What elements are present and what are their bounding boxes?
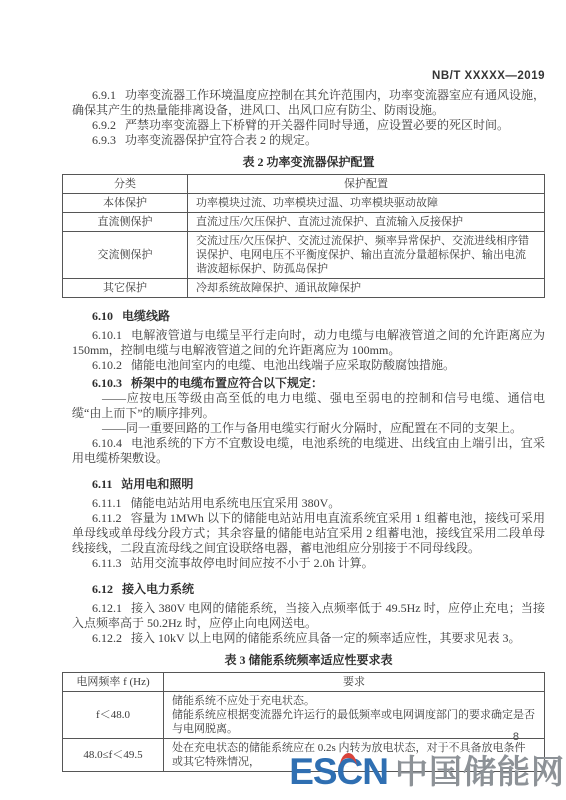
table-header-frequency: 电网频率 f (Hz) (63, 673, 164, 692)
clause-text: 桥架中的电缆布置应符合以下规定： (131, 376, 323, 390)
dash-item-2: ——同一重要回路的工作与备用电缆实行耐火分隔时，应配置在不同的支架上。 (72, 421, 545, 436)
clause-number: 6.9.3 (92, 133, 125, 147)
section-title: 电缆线路 (122, 309, 170, 323)
table-row: 本体保护 功率模块过流、功率模块过温、功率模块驱动故障 (63, 194, 545, 213)
requirement-line: 储能系统应根据变流器允许运行的最低频率或电网调度部门的要求确定是否与电网脱离。 (172, 708, 536, 736)
table-row: 电网频率 f (Hz) 要求 (63, 673, 545, 692)
section-heading-6-10: 6.10电缆线路 (72, 309, 545, 324)
table-3-title: 表 3 储能系统频率适应性要求表 (72, 653, 545, 668)
clause-number: 6.11.2 (92, 511, 131, 525)
clause-text: 储能电站站用电系统电压宜采用 380V。 (131, 496, 341, 510)
table-cell-category: 直流侧保护 (63, 213, 188, 232)
clause-text: 接入 380V 电网的储能系统，当接入点频率低于 49.5Hz 时，应停止充电；… (72, 601, 545, 630)
table-cell-config: 交流过压/欠压保护、交流过流保护、频率异常保护、交流进线相序错误保护、电网电压不… (188, 232, 545, 279)
clause-text: 电解液管道与电缆呈平行走向时，动力电缆与电解液管道之间的允许距离应为 150mm… (72, 328, 545, 357)
escn-watermark-logo: ESCN 中国储能网 (289, 752, 565, 792)
table-row: f＜48.0 储能系统不应处于充电状态。 储能系统应根据变流器允许运行的最低频率… (63, 692, 545, 739)
section-title: 接入电力系统 (122, 582, 194, 596)
table-2-title: 表 2 功率变流器保护配置 (72, 155, 545, 170)
clause-number: 6.12.2 (92, 631, 131, 645)
table-cell-requirement: 储能系统不应处于充电状态。 储能系统应根据变流器允许运行的最低频率或电网调度部门… (164, 692, 545, 739)
clause-number: 6.9.2 (92, 118, 125, 132)
table-row: 直流侧保护 直流过压/欠压保护、直流过流保护、直流输入反接保护 (63, 213, 545, 232)
clause-text: 严禁功率变流器上下桥臂的开关器件同时导通，应设置必要的死区时间。 (125, 118, 509, 132)
clause-text: 储能电池间室内的电缆、电池出线端子应采取防酸腐蚀措施。 (131, 358, 455, 372)
clause-6-11-3: 6.11.3站用交流事故停电时间应按不小于 2.0h 计算。 (72, 556, 545, 571)
table-2: 分类 保护配置 本体保护 功率模块过流、功率模块过温、功率模块驱动故障 直流侧保… (62, 174, 545, 298)
table-header-category: 分类 (63, 175, 188, 194)
clause-number: 6.10.3 (92, 376, 131, 390)
clause-text: 功率变流器工作环境温度应控制在其允许范围内，功率变流器室应有通风设施，确保其产生… (72, 88, 545, 117)
clause-6-9-1: 6.9.1功率变流器工作环境温度应控制在其允许范围内，功率变流器室应有通风设施，… (72, 88, 545, 118)
table-cell-config: 直流过压/欠压保护、直流过流保护、直流输入反接保护 (188, 213, 545, 232)
clause-6-10-4: 6.10.4电池系统的下方不宜敷设电缆，电池系统的电缆进、出线宜由上端引出，宜采… (72, 436, 545, 466)
clause-number: 6.10.1 (92, 328, 131, 342)
clause-6-10-1: 6.10.1电解液管道与电缆呈平行走向时，动力电缆与电解液管道之间的允许距离应为… (72, 328, 545, 358)
escn-chinese-name: 中国储能网 (395, 752, 565, 792)
clause-number: 6.10.2 (92, 358, 131, 372)
requirement-line: 储能系统不应处于充电状态。 (172, 694, 536, 708)
clause-6-11-2: 6.11.2容量为 1MWh 以下的储能电站站用电直流系统宜采用 1 组蓄电池，… (72, 511, 545, 556)
clause-number: 6.11.1 (92, 496, 131, 510)
table-cell-category: 本体保护 (63, 194, 188, 213)
page-number: 8 (513, 731, 519, 743)
dash-item-1: ——应按电压等级由高至低的电力电缆、强电至弱电的控制和信号电缆、通信电缆“由上而… (72, 391, 545, 421)
clause-6-12-1: 6.12.1接入 380V 电网的储能系统，当接入点频率低于 49.5Hz 时，… (72, 601, 545, 631)
document-page: NB/T XXXXX—2019 6.9.1功率变流器工作环境温度应控制在其允许范… (0, 0, 566, 800)
clause-number: 6.11.3 (92, 556, 131, 570)
section-heading-6-12: 6.12接入电力系统 (72, 582, 545, 597)
table-header-requirement: 要求 (164, 673, 545, 692)
table-row: 分类 保护配置 (63, 175, 545, 194)
clause-number: 6.10.4 (92, 436, 131, 450)
table-cell-frequency: f＜48.0 (63, 692, 164, 739)
table-cell-category: 交流侧保护 (63, 232, 188, 279)
escn-letters: ESCN (289, 751, 388, 792)
table-row: 其它保护 冷却系统故障保护、通讯故障保护 (63, 279, 545, 298)
clause-text: 站用交流事故停电时间应按不小于 2.0h 计算。 (131, 556, 374, 570)
table-cell-config: 冷却系统故障保护、通讯故障保护 (188, 279, 545, 298)
table-cell-category: 其它保护 (63, 279, 188, 298)
content-area: 6.9.1功率变流器工作环境温度应控制在其允许范围内，功率变流器室应有通风设施，… (72, 88, 545, 774)
section-number: 6.10 (92, 309, 122, 323)
table-cell-frequency: 48.0≤f＜49.5 (63, 739, 164, 772)
clause-6-11-1: 6.11.1储能电站站用电系统电压宜采用 380V。 (72, 496, 545, 511)
clause-text: 功率变流器保护宜符合表 2 的规定。 (125, 133, 317, 147)
table-cell-config: 功率模块过流、功率模块过温、功率模块驱动故障 (188, 194, 545, 213)
clause-text: 接入 10kV 以上电网的储能系统应具备一定的频率适应性，其要求见表 3。 (131, 631, 520, 645)
clause-6-10-3: 6.10.3桥架中的电缆布置应符合以下规定： (72, 376, 545, 391)
table-row: 交流侧保护 交流过压/欠压保护、交流过流保护、频率异常保护、交流进线相序错误保护… (63, 232, 545, 279)
clause-6-10-2: 6.10.2储能电池间室内的电缆、电池出线端子应采取防酸腐蚀措施。 (72, 358, 545, 373)
table-header-config: 保护配置 (188, 175, 545, 194)
clause-6-9-3: 6.9.3功率变流器保护宜符合表 2 的规定。 (72, 133, 545, 148)
doc-number: NB/T XXXXX—2019 (432, 70, 545, 82)
escn-logo-text: ESCN (289, 752, 388, 792)
clause-text: 电池系统的下方不宜敷设电缆，电池系统的电缆进、出线宜由上端引出，宜采用电缆桥架敷… (72, 436, 545, 465)
section-number: 6.11 (92, 477, 121, 491)
section-number: 6.12 (92, 582, 122, 596)
clause-6-12-2: 6.12.2接入 10kV 以上电网的储能系统应具备一定的频率适应性，其要求见表… (72, 631, 545, 646)
clause-6-9-2: 6.9.2严禁功率变流器上下桥臂的开关器件同时导通，应设置必要的死区时间。 (72, 118, 545, 133)
clause-number: 6.9.1 (92, 88, 125, 102)
section-heading-6-11: 6.11站用电和照明 (72, 477, 545, 492)
section-title: 站用电和照明 (121, 477, 193, 491)
clause-text: 容量为 1MWh 以下的储能电站站用电直流系统宜采用 1 组蓄电池，接线可采用单… (72, 511, 545, 555)
clause-number: 6.12.1 (92, 601, 131, 615)
